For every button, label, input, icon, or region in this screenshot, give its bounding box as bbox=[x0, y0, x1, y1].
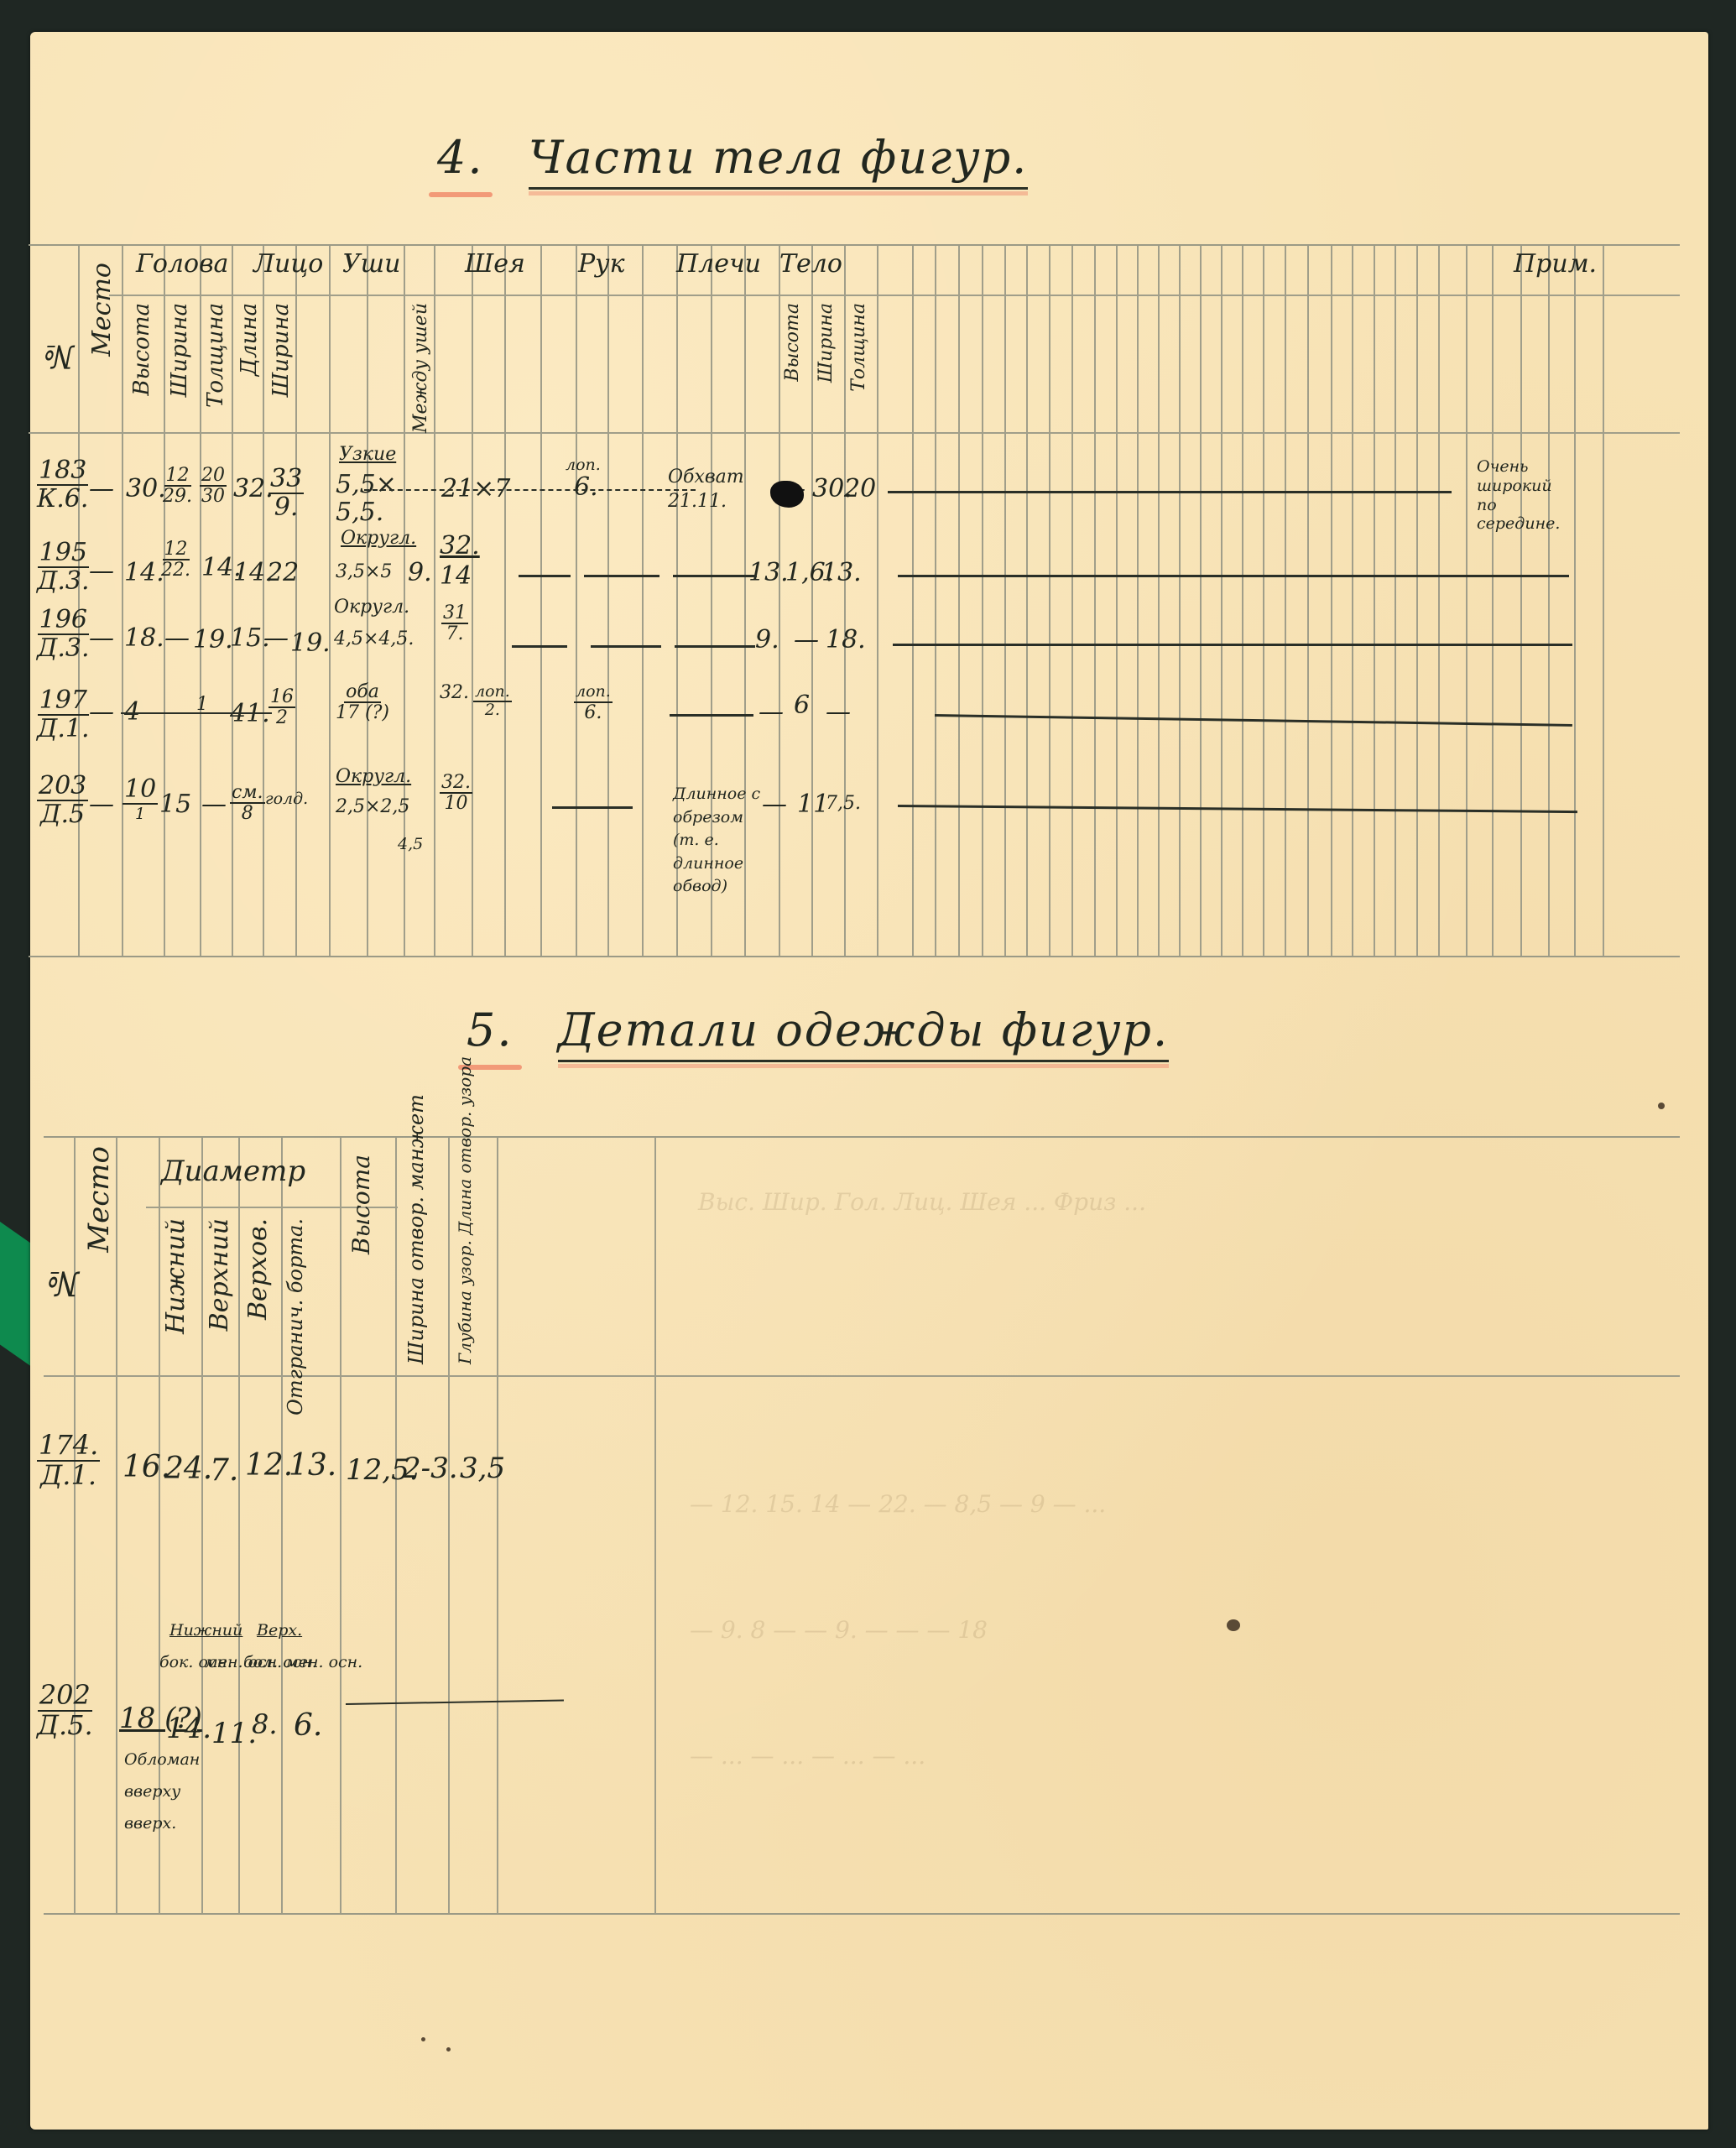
row-subnumber: Д.5 bbox=[40, 801, 85, 828]
cell-neck-top: 32. bbox=[440, 773, 472, 794]
cell-body-thickness: 13. bbox=[821, 558, 862, 587]
col-header-place: Место bbox=[82, 1146, 116, 1253]
col-header-body-thickness: Толщина bbox=[848, 303, 869, 392]
row-number: 174. bbox=[37, 1431, 100, 1462]
col-header-nr: № bbox=[44, 1264, 82, 1302]
cell-place-note: Обломан вверху вверх. bbox=[124, 1744, 175, 1839]
cell-ears-label: оба bbox=[344, 682, 381, 703]
row-subnumber: Д.1. bbox=[37, 716, 90, 743]
cell-head-width-bottom: 22. bbox=[161, 560, 190, 580]
cell-ears-label: Округл. bbox=[341, 528, 416, 549]
cell-face-extra: 19. bbox=[290, 628, 331, 658]
cell-head-height-bottom: 1 bbox=[135, 805, 145, 824]
cell-place: — bbox=[89, 697, 114, 727]
cell-ears-label: Округл. bbox=[334, 597, 409, 618]
header-subline bbox=[109, 295, 1680, 296]
col-header-remarks: Прим. bbox=[1514, 249, 1597, 279]
row-continuation-line bbox=[935, 714, 1572, 727]
row-number: 195 bbox=[38, 540, 89, 568]
section-4-title: Части тела фигур. bbox=[529, 131, 1029, 190]
row-continuation-line bbox=[346, 1699, 564, 1705]
cell-face-width-bottom: 2 bbox=[276, 708, 288, 727]
col-group-head: Голова bbox=[136, 249, 228, 279]
row-subnumber: К.6. bbox=[37, 486, 88, 513]
cell-body-height: 13. bbox=[748, 558, 789, 587]
col-header-head-height: Высота bbox=[129, 303, 154, 396]
cell-arms: Длинное с обрезом (т. е. длинное обвод) bbox=[673, 783, 774, 899]
col-group-body: Тело bbox=[779, 249, 842, 279]
cell-diam-top: 12. bbox=[245, 1448, 293, 1483]
row-number: 202 bbox=[38, 1681, 92, 1712]
cell-head-width: 15 bbox=[159, 790, 191, 819]
cell-body-thickness: — bbox=[826, 697, 851, 727]
cell-place: — bbox=[89, 623, 114, 653]
header-bottom-line bbox=[29, 432, 1680, 434]
col-group-ears: Уши bbox=[342, 249, 400, 279]
paper-stain bbox=[1658, 1103, 1665, 1109]
cell-face-length: 32. bbox=[233, 474, 274, 503]
cell-ears-sub: 4,5 bbox=[398, 835, 423, 854]
paper-stain bbox=[421, 2037, 425, 2041]
col-header-diam-top: Верхов. bbox=[243, 1218, 273, 1320]
cell-ears: 5,5× 5,5. bbox=[336, 471, 403, 526]
cell-diam-top: 8. bbox=[252, 1708, 278, 1740]
col-header-head-thickness: Толщина bbox=[203, 303, 228, 408]
cell-body-thickness: 18. bbox=[826, 625, 866, 654]
cell-head-thickness: 19. bbox=[193, 625, 233, 654]
cell-ears: 2,5×2,5 bbox=[336, 796, 409, 817]
cell-neck-extra-top: лоп. bbox=[473, 684, 512, 702]
cell-body-width: 6 bbox=[794, 691, 810, 720]
col-header-diam-border: Отгранич. борта. bbox=[284, 1218, 334, 1415]
col-header-face-width: Ширина bbox=[268, 303, 294, 397]
paper-stain bbox=[446, 2047, 451, 2052]
cell-place: — bbox=[89, 556, 114, 586]
cell-body-width: 11 bbox=[797, 790, 829, 819]
sub-label-4: мен. осн. bbox=[285, 1653, 362, 1672]
row-continuation-line bbox=[898, 805, 1577, 813]
col-header-body-width: Ширина bbox=[816, 303, 837, 383]
row-subnumber: Д.1. bbox=[40, 1462, 96, 1490]
cell-head-thickness-top: 20 bbox=[200, 466, 227, 487]
clothing-details-table: № Место Диаметр Нижний Верхний Верхов. О… bbox=[44, 1136, 1680, 1915]
col-header-nr: № bbox=[40, 338, 77, 375]
cell-hand: 6. bbox=[584, 703, 602, 722]
bleed-through-text: — 9. 8 — — 9. — — — 18 bbox=[690, 1616, 988, 1644]
row-number: 203 bbox=[37, 773, 88, 801]
col-header-diam-upper: Верхний bbox=[205, 1218, 234, 1331]
cell-diam-upper: 11. bbox=[211, 1717, 257, 1750]
cell-neck-top: 31 bbox=[441, 603, 468, 624]
cell-neck: 7. bbox=[446, 624, 464, 644]
cell-head-height: 30. bbox=[126, 474, 166, 503]
cell-face-width: — bbox=[263, 623, 289, 653]
cell-body-height: — bbox=[759, 697, 784, 727]
cell-body-thickness: 7,5. bbox=[826, 793, 861, 814]
cell-head-height: 14. bbox=[124, 558, 164, 587]
cell-head-thickness: — bbox=[201, 790, 227, 819]
body-parts-table: № Место Голова Высота Ширина Толщина Лиц… bbox=[29, 244, 1680, 957]
cell-neck: 14 bbox=[440, 561, 472, 591]
cell-neck-extra-bottom: 2. bbox=[485, 702, 500, 719]
col-header-pattern: Глубина узор. Длина отвор. узора bbox=[455, 1138, 475, 1364]
cell-head-width: — bbox=[164, 623, 190, 653]
row-continuation-line bbox=[893, 644, 1572, 646]
row-subnumber: Д.3. bbox=[37, 635, 90, 662]
col-group-hand: Рук bbox=[578, 249, 625, 279]
bleed-through-text: — ... — ... — ... — ... bbox=[690, 1742, 925, 1770]
cell-hand: 6. bbox=[574, 472, 598, 502]
ink-blot bbox=[770, 481, 804, 508]
bleed-through-text: — 12. 15. 14 — 22. — 8,5 — 9 — ... bbox=[690, 1490, 1106, 1518]
cell-head-width-bottom: 29. bbox=[163, 487, 192, 506]
cell-place: 16. bbox=[123, 1450, 170, 1484]
col-header-height: Высота bbox=[347, 1155, 375, 1254]
cell-head-width-top: 12 bbox=[163, 540, 190, 560]
cell-ears: 3,5×5 bbox=[336, 561, 392, 582]
col-header-head-width: Ширина bbox=[167, 303, 192, 397]
col-header-body-height: Высота bbox=[782, 303, 803, 382]
col-header-diam-lower: Нижний bbox=[161, 1218, 190, 1334]
cell-body-height: 9. bbox=[755, 625, 779, 654]
section-4-number: 4. bbox=[437, 131, 484, 184]
cell-head-width-top: 12 bbox=[164, 466, 191, 487]
cell-remark: Очень широкий по середине. bbox=[1477, 457, 1569, 534]
cell-between-ears: 9. bbox=[408, 558, 432, 587]
cell-diam-upper: 7. bbox=[210, 1453, 238, 1488]
cell-face-width: голд. bbox=[265, 790, 308, 809]
row-number: 196 bbox=[38, 607, 89, 635]
col-header-cuff: Ширина отвор. манжет bbox=[404, 1146, 428, 1364]
cell-head-height: 18. bbox=[124, 623, 164, 653]
row-subnumber: Д.3. bbox=[37, 568, 90, 595]
document-page: 4. Части тела фигур. № Место Голова Высо… bbox=[30, 32, 1708, 2130]
cell-ears: 17 (?) bbox=[336, 703, 389, 722]
col-group-diameter: Диаметр bbox=[161, 1155, 305, 1188]
col-header-between-ears: Между ушей bbox=[410, 303, 431, 433]
col-header-place: Место bbox=[87, 263, 117, 357]
row-subnumber: Д.5. bbox=[37, 1712, 93, 1740]
cell-diam-border: 13. bbox=[289, 1448, 336, 1483]
col-group-arms: Плечи bbox=[676, 249, 761, 279]
cell-body-width: — bbox=[794, 625, 819, 654]
cell-neck: 10 bbox=[445, 794, 468, 813]
row-continuation-line bbox=[898, 575, 1569, 577]
bleed-through-text: Выс. Шир. Гол. Лиц. Шея ... Фриз ... bbox=[698, 1188, 1146, 1216]
cell-diam-lower: 14. bbox=[166, 1712, 211, 1745]
cell-face-width: 22 bbox=[267, 558, 299, 587]
paper-stain bbox=[1227, 1619, 1240, 1631]
cell-body-height: — bbox=[762, 790, 787, 819]
section-5-title: Детали одежды фигур. bbox=[558, 1004, 1169, 1062]
cell-neck-top: 32. bbox=[440, 531, 480, 560]
col-header-face-length: Длина bbox=[237, 303, 262, 376]
cell-head-height-top: 10 bbox=[123, 776, 158, 805]
section-5-heading: 5. Детали одежды фигур. bbox=[467, 1004, 1169, 1062]
cell-ears: 4,5×4,5. bbox=[334, 628, 414, 649]
cell-cuff: 2-3. bbox=[403, 1452, 458, 1485]
cell-ears-label: Округл. bbox=[336, 766, 411, 787]
col-group-face: Лицо bbox=[253, 249, 323, 279]
dotted-connector bbox=[364, 489, 696, 491]
cell-body-thickness: 20 bbox=[844, 474, 876, 503]
cell-face-width-top: 33 bbox=[268, 466, 304, 494]
cell-face-length-top: см. bbox=[230, 783, 265, 804]
cell-diam-border: 6. bbox=[294, 1708, 322, 1743]
sub-group-upper: Верх. bbox=[257, 1621, 302, 1640]
cell-neck-top: 32. bbox=[440, 682, 469, 703]
cell-face-width-bottom: 9. bbox=[274, 494, 299, 521]
row-continuation-line bbox=[888, 491, 1452, 493]
cell-ears-label: Узкие bbox=[339, 444, 396, 465]
cell-place: — bbox=[89, 790, 114, 819]
row-number: 183 bbox=[37, 457, 88, 486]
sub-group-lower: Нижний bbox=[169, 1621, 242, 1640]
section-5-number: 5. bbox=[467, 1004, 514, 1056]
section-4-heading: 4. Части тела фигур. bbox=[437, 131, 1028, 190]
cell-place: — bbox=[89, 474, 114, 503]
row-number: 197 bbox=[38, 687, 89, 716]
cell-face-length-bottom: 8 bbox=[242, 804, 253, 823]
cell-face-width-top: 16 bbox=[268, 687, 295, 708]
col-group-neck: Шея bbox=[465, 249, 525, 279]
cell-diam-lower: 24. bbox=[164, 1452, 212, 1486]
cell-hand-label: лоп. bbox=[574, 682, 613, 703]
cell-head-thickness-bottom: 30 bbox=[201, 487, 225, 506]
cell-pattern: 3,5 bbox=[460, 1452, 505, 1485]
